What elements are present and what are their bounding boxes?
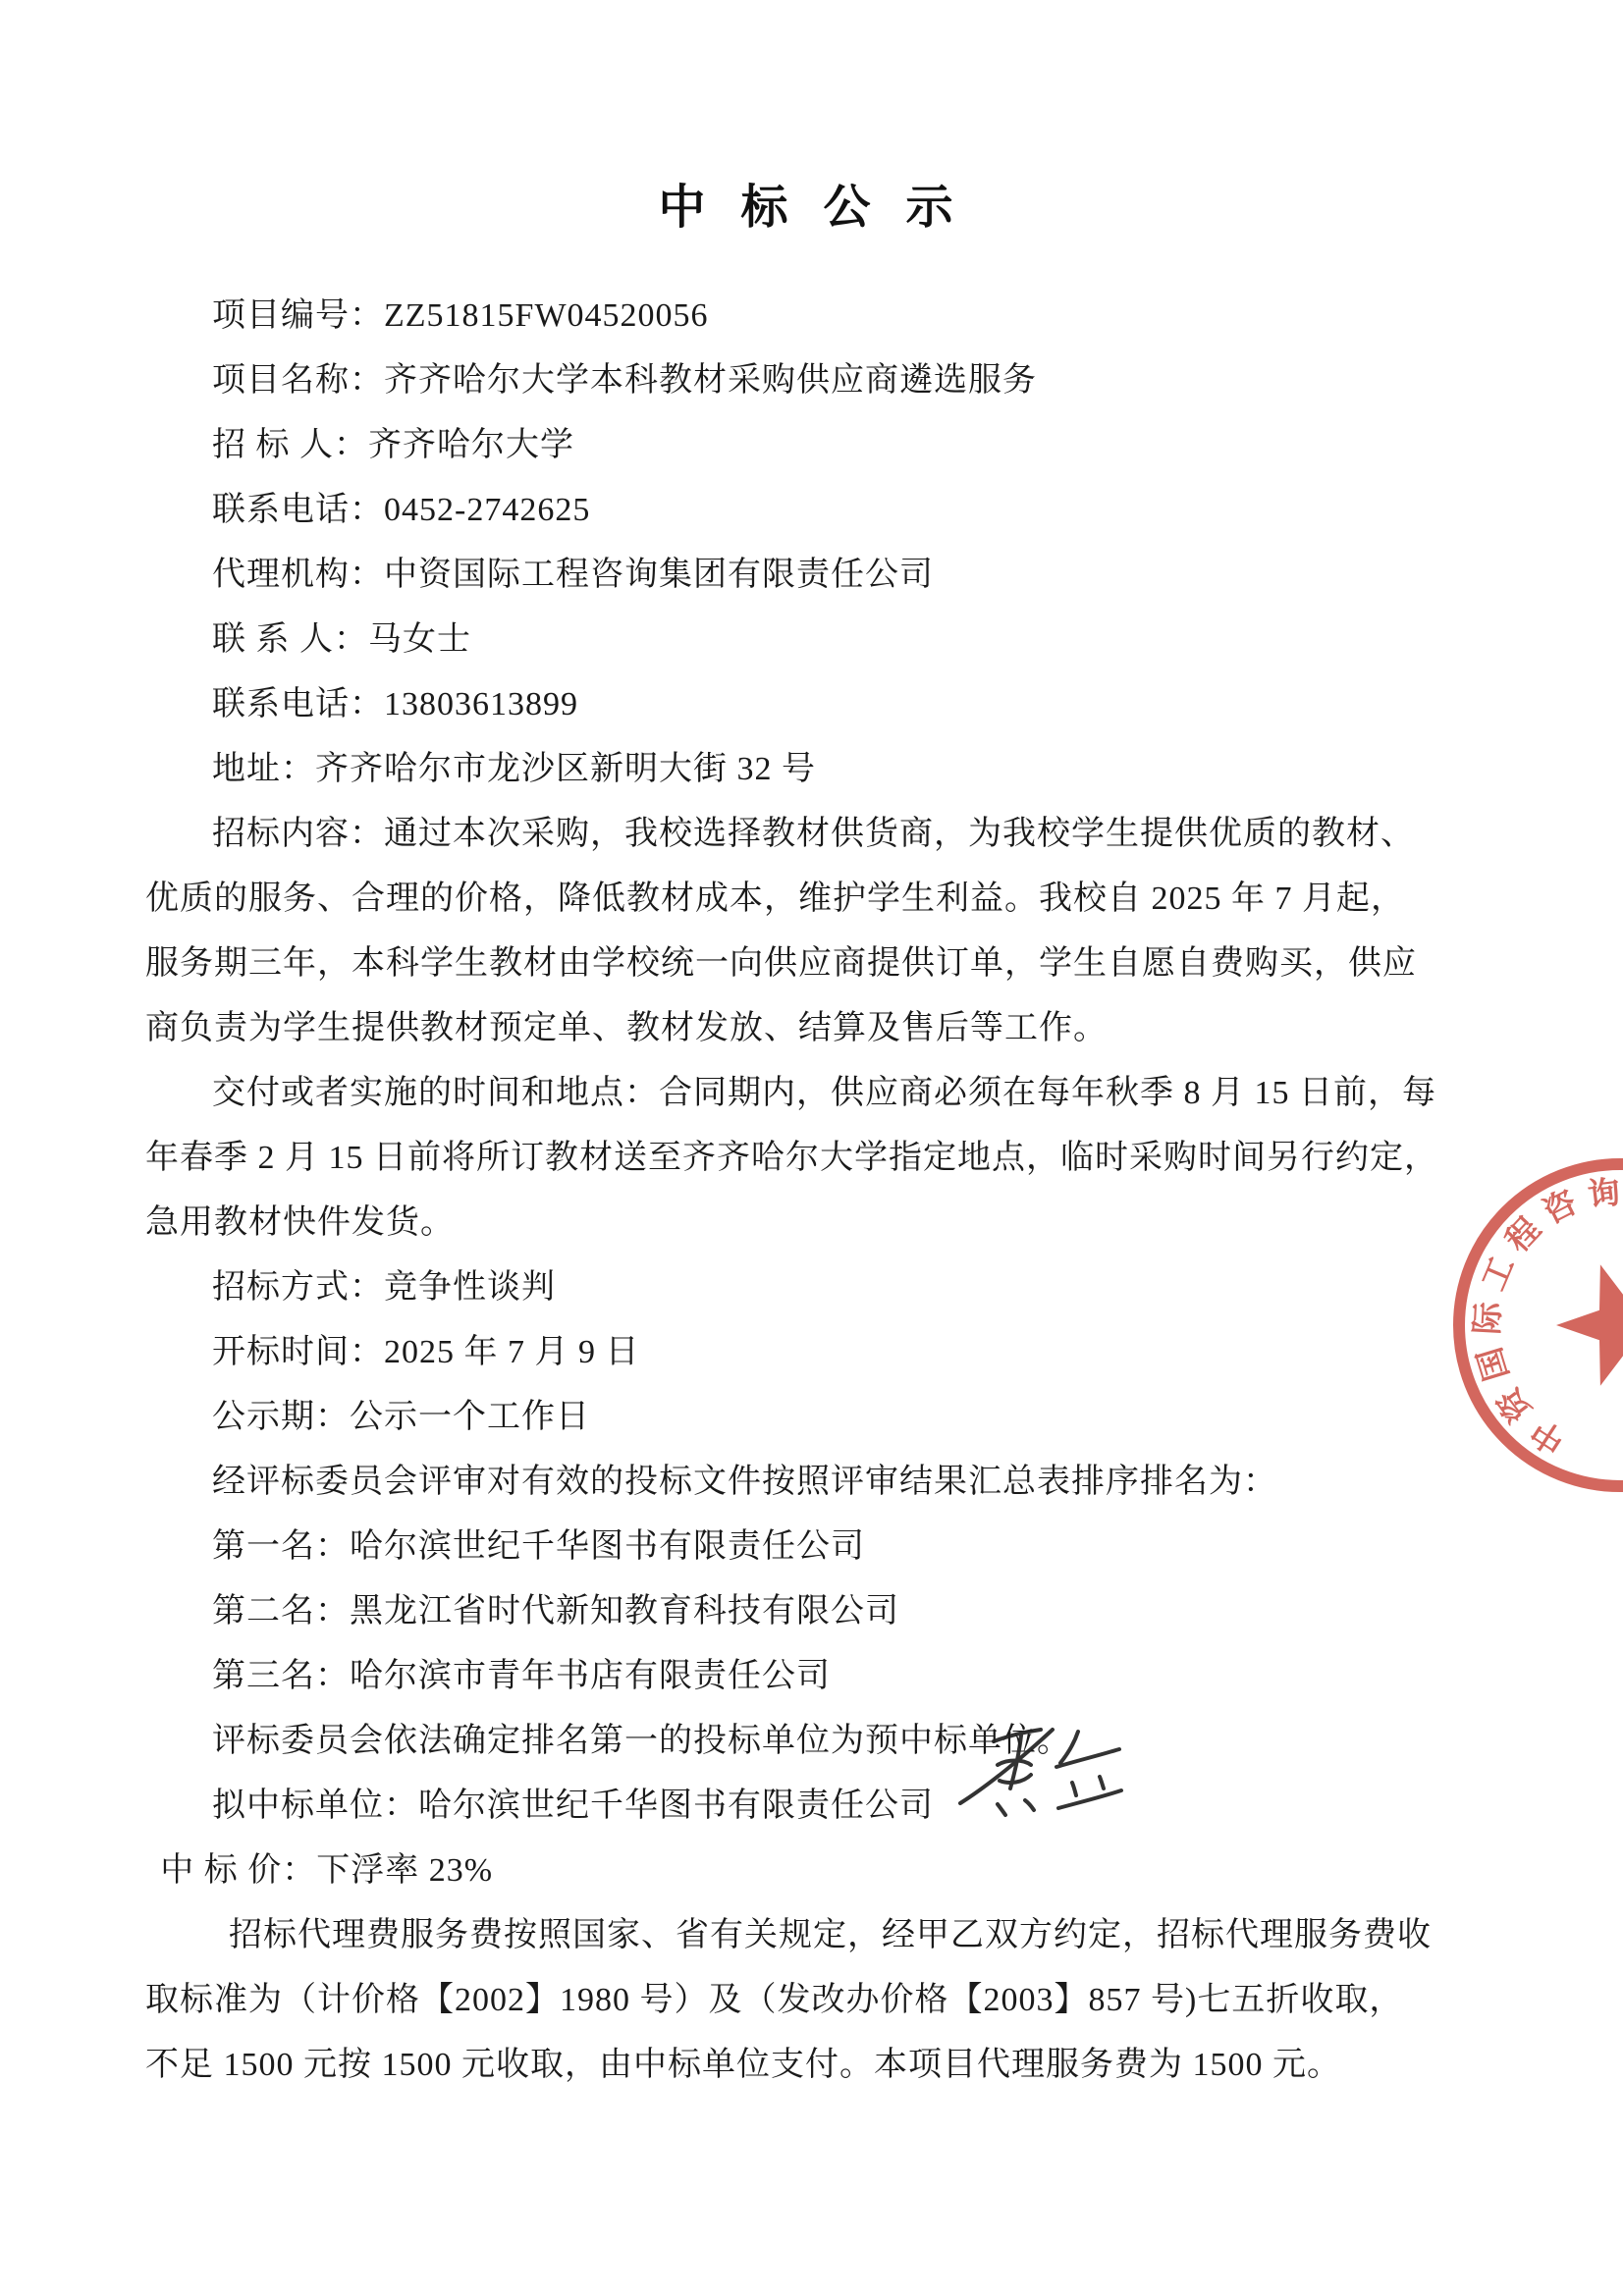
line-rank-1: 第一名：哈尔滨世纪千华图书有限责任公司 [145, 1515, 1490, 1579]
line-rank-2: 第二名：黑龙江省时代新知教育科技有限公司 [145, 1579, 1490, 1644]
line-tender-method: 招标方式：竞争性谈判 [145, 1255, 1490, 1320]
seal-star [1556, 1264, 1623, 1386]
line-rank-3: 第三名：哈尔滨市青年书店有限责任公司 [145, 1644, 1490, 1709]
line-confirmation: 评标委员会依法确定排名第一的投标单位为预中标单位。 [145, 1709, 1490, 1774]
page-title: 中 标 公 示 [0, 169, 1623, 237]
line-bid-price: 中 标 价：下浮率 23% [145, 1839, 1490, 1903]
line-ranking-intro: 经评标委员会评审对有效的投标文件按照评审结果汇总表排序排名为： [145, 1450, 1490, 1515]
svg-text:程: 程 [1499, 1211, 1548, 1259]
document-body: 项目编号：ZZ51815FW04520056 项目名称：齐齐哈尔大学本科教材采购… [145, 284, 1490, 2098]
line-project-number: 项目编号：ZZ51815FW04520056 [145, 284, 1490, 348]
line-delivery-1: 交付或者实施的时间和地点：合同期内，供应商必须在每年秋季 8 月 15 日前，每 [145, 1061, 1490, 1126]
line-agency-fee-1: 招标代理费服务费按照国家、省有关规定，经甲乙双方约定，招标代理服务费收 [145, 1903, 1490, 1968]
line-bid-opening-time: 开标时间：2025 年 7 月 9 日 [145, 1320, 1490, 1385]
svg-text:询: 询 [1586, 1174, 1622, 1214]
line-tender-content-2: 优质的服务、合理的价格，降低教材成本，维护学生利益。我校自 2025 年 7 月… [145, 867, 1490, 932]
line-tender-content-4: 商负责为学生提供教材预定单、教材发放、结算及售后等工作。 [145, 996, 1490, 1061]
svg-text:中: 中 [1525, 1412, 1572, 1460]
line-tender-content-3: 服务期三年，本科学生教材由学校统一向供应商提供订单，学生自愿自费购买，供应 [145, 932, 1490, 996]
svg-text:资: 资 [1489, 1380, 1539, 1428]
line-publicity-period: 公示期：公示一个工作日 [145, 1385, 1490, 1450]
announcement-page: 中 标 公 示 项目编号：ZZ51815FW04520056 项目名称：齐齐哈尔… [0, 0, 1623, 2296]
seal-arc-text: 中 资 国 际 工 程 咨 询 [1469, 1174, 1622, 1460]
line-agency-phone: 联系电话：13803613899 [145, 672, 1490, 737]
line-contact-person: 联 系 人：马女士 [145, 608, 1490, 672]
line-tender-content-1: 招标内容：通过本次采购，我校选择教材供货商，为我校学生提供优质的教材、 [145, 802, 1490, 867]
svg-text:咨: 咨 [1538, 1184, 1583, 1231]
line-tender-phone: 联系电话：0452-2742625 [145, 478, 1490, 543]
line-delivery-3: 急用教材快件发货。 [145, 1191, 1490, 1255]
line-tenderer: 招 标 人：齐齐哈尔大学 [145, 413, 1490, 478]
line-proposed-winner: 拟中标单位：哈尔滨世纪千华图书有限责任公司 [145, 1774, 1490, 1839]
line-agency-fee-3: 不足 1500 元按 1500 元收取，由中标单位支付。本项目代理服务费为 15… [145, 2033, 1490, 2098]
line-agency-fee-2: 取标准为（计价格【2002】1980 号）及（发改办价格【2003】857 号)… [145, 1968, 1490, 2033]
line-project-name: 项目名称：齐齐哈尔大学本科教材采购供应商遴选服务 [145, 348, 1490, 413]
line-address: 地址：齐齐哈尔市龙沙区新明大街 32 号 [145, 737, 1490, 802]
line-agency: 代理机构：中资国际工程咨询集团有限责任公司 [145, 543, 1490, 608]
line-delivery-2: 年春季 2 月 15 日前将所订教材送至齐齐哈尔大学指定地点，临时采购时间另行约… [145, 1126, 1490, 1191]
